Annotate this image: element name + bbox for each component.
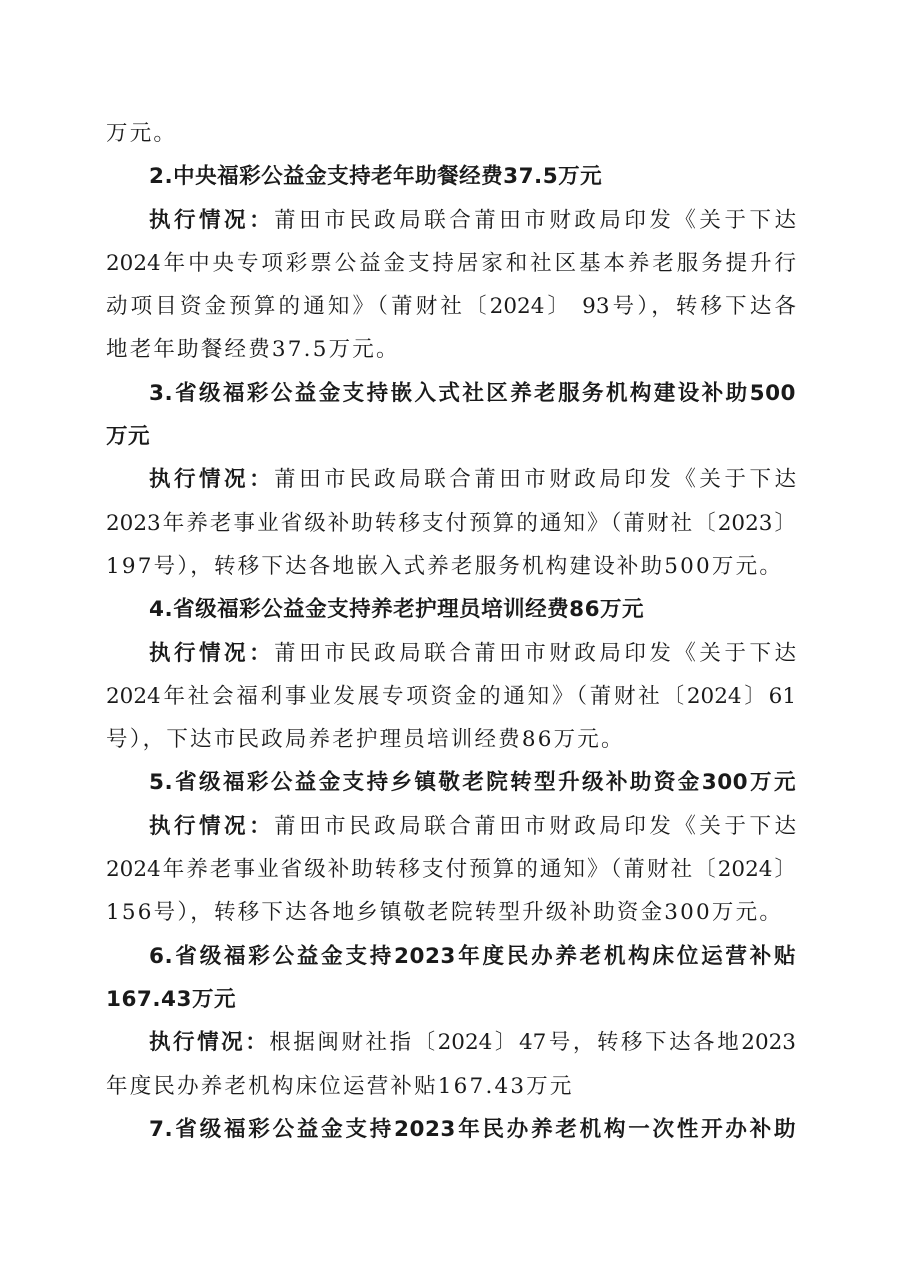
line-text: 根据闽财社指〔2024〕47号，转移下达各地2023 xyxy=(269,1030,796,1055)
execution-paragraph-line: 执行情况：根据闽财社指〔2024〕47号，转移下达各地2023 xyxy=(106,1021,796,1064)
paragraph-line: 年度民办养老机构床位运营补贴167.43万元 xyxy=(106,1065,796,1108)
line-text: 号），下达市民政局养老护理员培训经费86万元。 xyxy=(106,727,625,752)
section-heading: 6.省级福彩公益金支持2023年度民办养老机构床位运营补贴 xyxy=(106,935,796,978)
section-heading: 7.省级福彩公益金支持2023年民办养老机构一次性开办补助 xyxy=(106,1108,796,1151)
paragraph-line: 地老年助餐经费37.5万元。 xyxy=(106,328,796,371)
section-heading: 167.43万元 xyxy=(106,978,796,1021)
section-heading: 5.省级福彩公益金支持乡镇敬老院转型升级补助资金300万元 xyxy=(106,761,796,804)
paragraph-line: 2023年养老事业省级补助转移支付预算的通知》（莆财社〔2023〕 xyxy=(106,502,796,545)
document-page: 万元。2.中央福彩公益金支持老年助餐经费37.5万元执行情况：莆田市民政局联合莆… xyxy=(106,112,796,1151)
execution-label: 执行情况： xyxy=(149,208,274,233)
line-text: 2.中央福彩公益金支持老年助餐经费37.5万元 xyxy=(149,164,602,189)
section-heading: 2.中央福彩公益金支持老年助餐经费37.5万元 xyxy=(106,155,796,198)
line-text: 2024年社会福利事业发展专项资金的通知》（莆财社〔2024〕61 xyxy=(106,684,796,709)
line-text: 莆田市民政局联合莆田市财政局印发《关于下达 xyxy=(274,641,796,666)
line-text: 莆田市民政局联合莆田市财政局印发《关于下达 xyxy=(274,814,796,839)
execution-label: 执行情况： xyxy=(149,467,274,492)
section-heading: 4.省级福彩公益金支持养老护理员培训经费86万元 xyxy=(106,588,796,631)
execution-paragraph-line: 执行情况：莆田市民政局联合莆田市财政局印发《关于下达 xyxy=(106,632,796,675)
line-text: 4.省级福彩公益金支持养老护理员培训经费86万元 xyxy=(149,597,644,622)
line-text: 莆田市民政局联合莆田市财政局印发《关于下达 xyxy=(274,208,796,233)
line-text: 167.43万元 xyxy=(106,987,236,1012)
line-text: 7.省级福彩公益金支持2023年民办养老机构一次性开办补助 xyxy=(149,1117,796,1142)
line-text: 年度民办养老机构床位运营补贴167.43万元 xyxy=(106,1074,574,1099)
paragraph-line: 动项目资金预算的通知》（莆财社〔2024〕 93号），转移下达各 xyxy=(106,285,796,328)
paragraph-line: 万元。 xyxy=(106,112,796,155)
execution-paragraph-line: 执行情况：莆田市民政局联合莆田市财政局印发《关于下达 xyxy=(106,458,796,501)
section-heading: 3.省级福彩公益金支持嵌入式社区养老服务机构建设补助500 xyxy=(106,372,796,415)
line-text: 地老年助餐经费37.5万元。 xyxy=(106,337,400,362)
line-text: 万元 xyxy=(106,424,150,449)
execution-label: 执行情况： xyxy=(149,641,274,666)
line-text: 万元。 xyxy=(106,121,177,146)
paragraph-line: 2024年社会福利事业发展专项资金的通知》（莆财社〔2024〕61 xyxy=(106,675,796,718)
execution-label: 执行情况： xyxy=(149,1030,269,1055)
line-text: 2024年中央专项彩票公益金支持居家和社区基本养老服务提升行 xyxy=(106,251,796,276)
paragraph-line: 197号），转移下达各地嵌入式养老服务机构建设补助500万元。 xyxy=(106,545,796,588)
paragraph-line: 2024年养老事业省级补助转移支付预算的通知》（莆财社〔2024〕 xyxy=(106,848,796,891)
line-text: 5.省级福彩公益金支持乡镇敬老院转型升级补助资金300万元 xyxy=(149,770,796,795)
paragraph-line: 2024年中央专项彩票公益金支持居家和社区基本养老服务提升行 xyxy=(106,242,796,285)
paragraph-line: 号），下达市民政局养老护理员培训经费86万元。 xyxy=(106,718,796,761)
line-text: 197号），转移下达各地嵌入式养老服务机构建设补助500万元。 xyxy=(106,554,783,579)
execution-paragraph-line: 执行情况：莆田市民政局联合莆田市财政局印发《关于下达 xyxy=(106,805,796,848)
line-text: 2024年养老事业省级补助转移支付预算的通知》（莆财社〔2024〕 xyxy=(106,857,796,882)
line-text: 动项目资金预算的通知》（莆财社〔2024〕 93号），转移下达各 xyxy=(106,294,796,319)
line-text: 2023年养老事业省级补助转移支付预算的通知》（莆财社〔2023〕 xyxy=(106,511,796,536)
line-text: 156号），转移下达各地乡镇敬老院转型升级补助资金300万元。 xyxy=(106,900,783,925)
line-text: 3.省级福彩公益金支持嵌入式社区养老服务机构建设补助500 xyxy=(149,381,796,406)
section-heading: 万元 xyxy=(106,415,796,458)
execution-paragraph-line: 执行情况：莆田市民政局联合莆田市财政局印发《关于下达 xyxy=(106,199,796,242)
line-text: 莆田市民政局联合莆田市财政局印发《关于下达 xyxy=(274,467,796,492)
execution-label: 执行情况： xyxy=(149,814,274,839)
paragraph-line: 156号），转移下达各地乡镇敬老院转型升级补助资金300万元。 xyxy=(106,891,796,934)
line-text: 6.省级福彩公益金支持2023年度民办养老机构床位运营补贴 xyxy=(149,944,796,969)
